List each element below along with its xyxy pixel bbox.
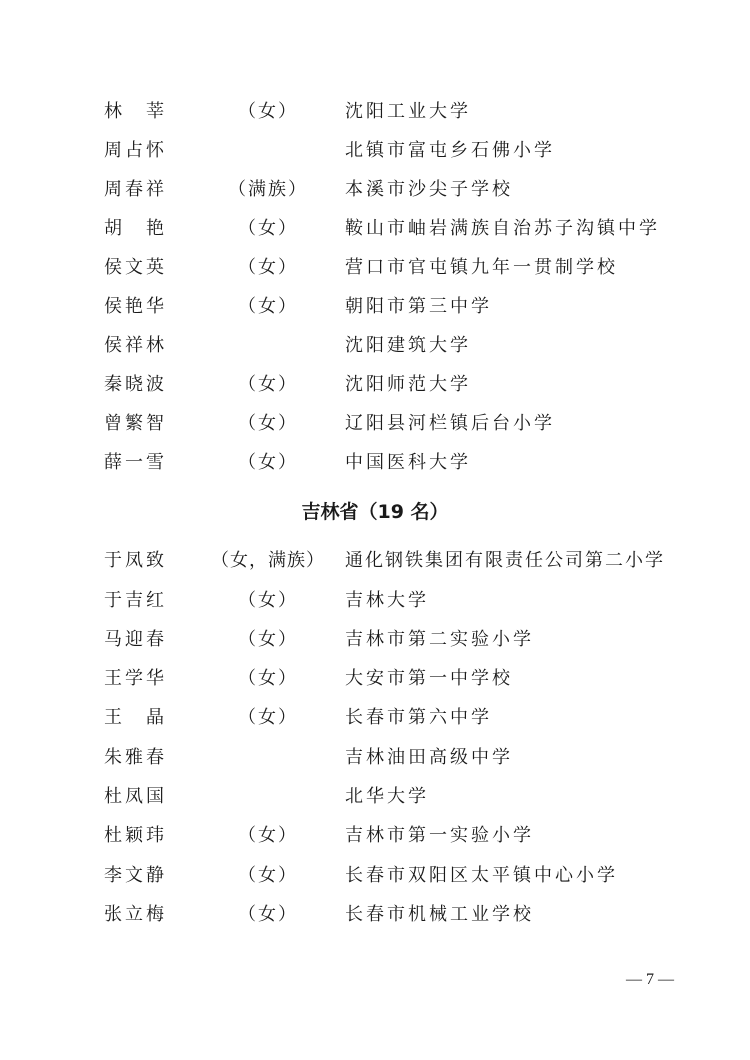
person-name: 薛一雪	[104, 448, 167, 478]
section-heading: 吉林省（19 名）	[0, 497, 750, 527]
person-note: （女）	[193, 703, 343, 733]
person-organization: 沈阳建筑大学	[345, 331, 471, 361]
person-note: （女）	[193, 625, 343, 655]
person-note: （女）	[193, 253, 343, 283]
person-name: 秦晓波	[104, 370, 167, 400]
person-name: 王学华	[104, 664, 167, 694]
person-organization: 鞍山市岫岩满族自治苏子沟镇中学	[345, 214, 660, 244]
person-name: 杜凤国	[104, 782, 167, 812]
person-name: 侯祥林	[104, 331, 167, 361]
person-note: （女）	[193, 292, 343, 322]
person-organization: 吉林市第二实验小学	[345, 625, 534, 655]
person-note: （满族）	[193, 175, 343, 205]
person-name: 侯艳华	[104, 292, 167, 322]
person-note: （女）	[193, 409, 343, 439]
person-name: 张立梅	[104, 900, 167, 930]
person-organization: 营口市官屯镇九年一贯制学校	[345, 253, 618, 283]
person-note: （女）	[193, 214, 343, 244]
person-name: 侯文英	[104, 253, 167, 283]
list-item: 侯文英 （女） 营口市官屯镇九年一贯制学校	[0, 253, 750, 283]
list-item: 侯祥林 沈阳建筑大学	[0, 331, 750, 361]
list-item: 曾繁智 （女） 辽阳县河栏镇后台小学	[0, 409, 750, 439]
list-item: 周占怀 北镇市富屯乡石佛小学	[0, 136, 750, 166]
person-organization: 本溪市沙尖子学校	[345, 175, 513, 205]
person-organization: 中国医科大学	[345, 448, 471, 478]
person-name: 王 晶	[104, 703, 167, 733]
list-item: 朱雅春 吉林油田高级中学	[0, 743, 750, 773]
person-organization: 吉林市第一实验小学	[345, 821, 534, 851]
person-name: 于凤致	[104, 546, 167, 576]
person-organization: 通化钢铁集团有限责任公司第二小学	[345, 546, 665, 576]
person-name: 于吉红	[104, 586, 167, 616]
person-organization: 辽阳县河栏镇后台小学	[345, 409, 555, 439]
list-item: 周春祥 （满族） 本溪市沙尖子学校	[0, 175, 750, 205]
list-item: 秦晓波 （女） 沈阳师范大学	[0, 370, 750, 400]
list-item: 于吉红 （女） 吉林大学	[0, 586, 750, 616]
person-name: 周占怀	[104, 136, 167, 166]
list-item: 薛一雪 （女） 中国医科大学	[0, 448, 750, 478]
person-organization: 吉林大学	[345, 586, 429, 616]
person-organization: 大安市第一中学校	[345, 664, 513, 694]
page-number: — 7 —	[626, 968, 674, 992]
person-name: 胡 艳	[104, 214, 167, 244]
list-item: 林 莘 （女） 沈阳工业大学	[0, 97, 750, 127]
person-note: （女）	[193, 861, 343, 891]
person-organization: 长春市第六中学	[345, 703, 492, 733]
person-note: （女，满族）	[198, 546, 338, 576]
list-item: 于凤致 （女，满族） 通化钢铁集团有限责任公司第二小学	[0, 546, 750, 576]
person-note: （女）	[193, 664, 343, 694]
person-organization: 沈阳师范大学	[345, 370, 471, 400]
person-name: 周春祥	[104, 175, 167, 205]
person-name: 马迎春	[104, 625, 167, 655]
person-note: （女）	[193, 586, 343, 616]
person-organization: 长春市机械工业学校	[345, 900, 534, 930]
person-note: （女）	[193, 370, 343, 400]
person-name: 李文静	[104, 861, 167, 891]
person-organization: 沈阳工业大学	[345, 97, 471, 127]
list-item: 侯艳华 （女） 朝阳市第三中学	[0, 292, 750, 322]
person-note: （女）	[193, 97, 343, 127]
person-organization: 长春市双阳区太平镇中心小学	[345, 861, 618, 891]
person-organization: 北镇市富屯乡石佛小学	[345, 136, 555, 166]
person-name: 曾繁智	[104, 409, 167, 439]
list-item: 王 晶 （女） 长春市第六中学	[0, 703, 750, 733]
list-item: 杜凤国 北华大学	[0, 782, 750, 812]
list-item: 马迎春 （女） 吉林市第二实验小学	[0, 625, 750, 655]
person-name: 杜颖玮	[104, 821, 167, 851]
person-organization: 北华大学	[345, 782, 429, 812]
person-organization: 朝阳市第三中学	[345, 292, 492, 322]
person-name: 林 莘	[104, 97, 167, 127]
person-note: （女）	[193, 900, 343, 930]
list-item: 胡 艳 （女） 鞍山市岫岩满族自治苏子沟镇中学	[0, 214, 750, 244]
list-item: 杜颖玮 （女） 吉林市第一实验小学	[0, 821, 750, 851]
person-note: （女）	[193, 821, 343, 851]
person-name: 朱雅春	[104, 743, 167, 773]
list-item: 张立梅 （女） 长春市机械工业学校	[0, 900, 750, 930]
list-item: 李文静 （女） 长春市双阳区太平镇中心小学	[0, 861, 750, 891]
person-organization: 吉林油田高级中学	[345, 743, 513, 773]
person-note: （女）	[193, 448, 343, 478]
list-item: 王学华 （女） 大安市第一中学校	[0, 664, 750, 694]
